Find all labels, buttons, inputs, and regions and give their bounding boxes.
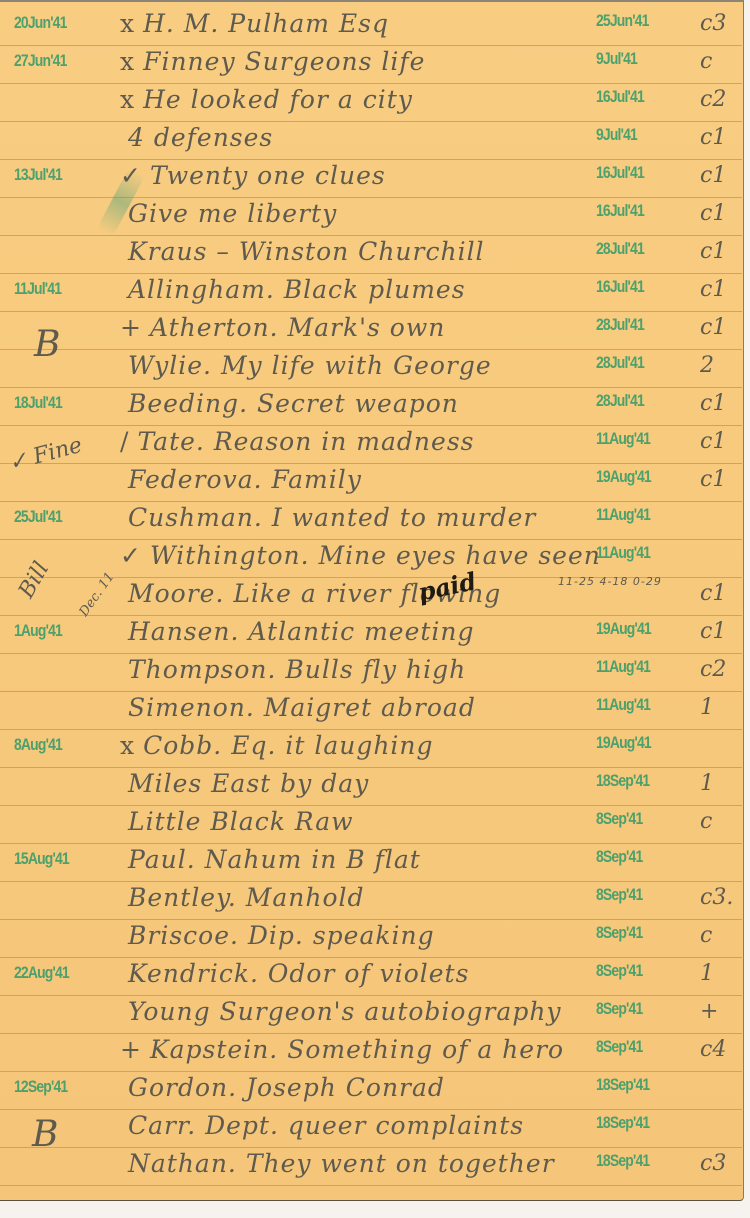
copy-code: c1	[700, 163, 726, 188]
margin-letter-b: B	[32, 1114, 58, 1155]
entry-mark: ✓	[120, 161, 142, 190]
book-entry: Federova. Family	[120, 465, 362, 494]
copy-code: c3.	[700, 885, 733, 910]
card-entry-row: Wylie. My life with George28Jul'412	[0, 349, 744, 387]
entry-mark: ✓	[120, 541, 142, 570]
card-entry-row: +Kapstein. Something of a hero8Sep'41c4	[0, 1033, 744, 1071]
copy-code: c3	[700, 11, 726, 36]
copy-code: c1	[700, 467, 726, 492]
card-entry-row: Federova. Family19Aug'41c1	[0, 463, 744, 501]
book-title: Kraus – Winston Churchill	[128, 237, 485, 266]
borrowing-card: 20Jun'41xH. M. Pulham Esq25Jun'41c327Jun…	[0, 0, 744, 1201]
entry-mark: x	[120, 85, 135, 114]
return-date-stamp: 11Aug'41	[596, 429, 650, 449]
return-date-stamp: 8Sep'41	[596, 809, 642, 829]
card-entry-row: xHe looked for a city16Jul'41c2	[0, 83, 744, 121]
return-date-stamp: 8Sep'41	[596, 961, 642, 981]
card-entry-row: 1Aug'41Hansen. Atlantic meeting19Aug'41c…	[0, 615, 744, 653]
copy-code: c1	[700, 391, 726, 416]
margin-letter-b: B	[34, 324, 60, 365]
return-date-stamp: 16Jul'41	[596, 277, 644, 297]
copy-code: +	[700, 999, 718, 1024]
small-codes: 11-25 4-18 0-29	[558, 575, 662, 588]
book-title: Hansen. Atlantic meeting	[128, 617, 475, 646]
card-entry-row: Simenon. Maigret abroad11Aug'411	[0, 691, 744, 729]
book-entry: xH. M. Pulham Esq	[120, 9, 389, 38]
book-entry: Nathan. They went on together	[120, 1149, 555, 1178]
return-date-stamp: 11Aug'41	[596, 695, 650, 715]
rule-line	[0, 1185, 742, 1186]
return-date-stamp: 28Jul'41	[596, 391, 644, 411]
issue-date-stamp: 13Jul'41	[14, 165, 62, 185]
copy-code: c1	[700, 201, 726, 226]
book-entry: Cushman. I wanted to murder	[120, 503, 536, 532]
card-entry-row: /Tate. Reason in madness11Aug'41c1	[0, 425, 744, 463]
copy-code: c2	[700, 657, 726, 682]
book-entry: Thompson. Bulls fly high	[120, 655, 466, 684]
book-title: Carr. Dept. queer complaints	[128, 1111, 524, 1140]
entry-mark: x	[120, 731, 135, 760]
return-date-stamp: 11Aug'41	[596, 543, 650, 563]
book-entry: Give me liberty	[120, 199, 337, 228]
return-date-stamp: 8Sep'41	[596, 999, 642, 1019]
return-date-stamp: 16Jul'41	[596, 201, 644, 221]
card-entry-row: 8Aug'41xCobb. Eq. it laughing19Aug'41	[0, 729, 744, 767]
book-entry: ✓Twenty one clues	[120, 161, 386, 190]
book-title: Gordon. Joseph Conrad	[128, 1073, 445, 1102]
copy-code: c1	[700, 315, 726, 340]
book-title: Federova. Family	[128, 465, 362, 494]
book-entry: Allingham. Black plumes	[120, 275, 466, 304]
issue-date-stamp: 15Aug'41	[14, 849, 69, 869]
card-entry-row: Miles East by day18Sep'411	[0, 767, 744, 805]
book-entry: Miles East by day	[120, 769, 369, 798]
book-entry: Hansen. Atlantic meeting	[120, 617, 475, 646]
return-date-stamp: 18Sep'41	[596, 771, 649, 791]
card-entry-row: Briscoe. Dip. speaking8Sep'41c	[0, 919, 744, 957]
book-entry: Gordon. Joseph Conrad	[120, 1073, 445, 1102]
book-title: Little Black Raw	[128, 807, 354, 836]
issue-date-stamp: 27Jun'41	[14, 51, 67, 71]
card-entry-row: ✓Withington. Mine eyes have seen11Aug'41	[0, 539, 744, 577]
return-date-stamp: 16Jul'41	[596, 87, 644, 107]
entry-mark: x	[120, 47, 135, 76]
copy-code: c	[700, 923, 712, 948]
book-title: Kapstein. Something of a hero	[150, 1035, 564, 1064]
copy-code: c1	[700, 581, 726, 606]
card-entry-row: Thompson. Bulls fly high11Aug'41c2	[0, 653, 744, 691]
return-date-stamp: 28Jul'41	[596, 315, 644, 335]
copy-code: c1	[700, 429, 726, 454]
card-entry-row: Bentley. Manhold8Sep'41c3.	[0, 881, 744, 919]
return-date-stamp: 18Sep'41	[596, 1113, 649, 1133]
entry-mark: +	[120, 313, 142, 342]
book-title: Twenty one clues	[150, 161, 386, 190]
copy-code: c2	[700, 87, 726, 112]
book-title: Simenon. Maigret abroad	[128, 693, 476, 722]
entry-mark: +	[120, 1035, 142, 1064]
book-entry: Carr. Dept. queer complaints	[120, 1111, 524, 1140]
return-date-stamp: 28Jul'41	[596, 353, 644, 373]
issue-date-stamp: 25Jul'41	[14, 507, 62, 527]
book-title: Beeding. Secret weapon	[128, 389, 459, 418]
book-entry: 4 defenses	[120, 123, 273, 152]
card-entry-row: 27Jun'41xFinney Surgeons life9Jul'41c	[0, 45, 744, 83]
issue-date-stamp: 8Aug'41	[14, 735, 62, 755]
return-date-stamp: 18Sep'41	[596, 1075, 649, 1095]
entry-mark: /	[120, 427, 129, 456]
copy-code: c	[700, 49, 712, 74]
return-date-stamp: 8Sep'41	[596, 1037, 642, 1057]
card-entry-row: 4 defenses9Jul'41c1	[0, 121, 744, 159]
issue-date-stamp: 18Jul'41	[14, 393, 62, 413]
book-title: Paul. Nahum in B flat	[128, 845, 421, 874]
card-entry-row: Nathan. They went on together18Sep'41c3	[0, 1147, 744, 1185]
issue-date-stamp: 12Sep'41	[14, 1077, 67, 1097]
book-entry: Young Surgeon's autobiography	[120, 997, 562, 1026]
book-entry: Bentley. Manhold	[120, 883, 365, 912]
return-date-stamp: 8Sep'41	[596, 847, 642, 867]
book-entry: ✓Withington. Mine eyes have seen	[120, 541, 601, 570]
book-entry: Wylie. My life with George	[120, 351, 492, 380]
return-date-stamp: 19Aug'41	[596, 733, 651, 753]
copy-code: 1	[700, 695, 714, 720]
book-entry: xFinney Surgeons life	[120, 47, 425, 76]
book-entry: xHe looked for a city	[120, 85, 413, 114]
book-entry: +Kapstein. Something of a hero	[120, 1035, 564, 1064]
card-entry-row: 22Aug'41Kendrick. Odor of violets8Sep'41…	[0, 957, 744, 995]
book-entry: Simenon. Maigret abroad	[120, 693, 476, 722]
copy-code: c4	[700, 1037, 726, 1062]
book-title: 4 defenses	[128, 123, 273, 152]
card-entry-row: 18Jul'41Beeding. Secret weapon28Jul'41c1	[0, 387, 744, 425]
book-title: Give me liberty	[128, 199, 337, 228]
return-date-stamp: 25Jun'41	[596, 11, 649, 31]
book-title: Cushman. I wanted to murder	[128, 503, 536, 532]
return-date-stamp: 19Aug'41	[596, 467, 651, 487]
book-title: Young Surgeon's autobiography	[128, 997, 562, 1026]
card-entry-row: Young Surgeon's autobiography8Sep'41+	[0, 995, 744, 1033]
issue-date-stamp: 1Aug'41	[14, 621, 62, 641]
card-entry-row: 12Sep'41Gordon. Joseph Conrad18Sep'41	[0, 1071, 744, 1109]
book-title: Wylie. My life with George	[128, 351, 492, 380]
copy-code: c1	[700, 125, 726, 150]
issue-date-stamp: 11Jul'41	[14, 279, 61, 299]
book-title: Cobb. Eq. it laughing	[143, 731, 433, 760]
copy-code: c1	[700, 277, 726, 302]
book-entry: Kendrick. Odor of violets	[120, 959, 469, 988]
card-entry-row: Carr. Dept. queer complaints18Sep'41	[0, 1109, 744, 1147]
book-entry: Beeding. Secret weapon	[120, 389, 459, 418]
issue-date-stamp: 20Jun'41	[14, 13, 67, 33]
card-entry-row: 11Jul'41Allingham. Black plumes16Jul'41c…	[0, 273, 744, 311]
return-date-stamp: 28Jul'41	[596, 239, 644, 259]
book-title: Nathan. They went on together	[128, 1149, 555, 1178]
book-title: Kendrick. Odor of violets	[128, 959, 469, 988]
book-title: H. M. Pulham Esq	[143, 9, 389, 38]
book-entry: Briscoe. Dip. speaking	[120, 921, 435, 950]
book-title: Allingham. Black plumes	[128, 275, 466, 304]
book-entry: +Atherton. Mark's own	[120, 313, 445, 342]
book-title: Miles East by day	[128, 769, 369, 798]
copy-code: 1	[700, 961, 714, 986]
book-entry: Kraus – Winston Churchill	[120, 237, 485, 266]
return-date-stamp: 9Jul'41	[596, 49, 637, 69]
card-entry-row: 13Jul'41✓Twenty one clues16Jul'41c1	[0, 159, 744, 197]
book-title: Bentley. Manhold	[128, 883, 365, 912]
book-title: Finney Surgeons life	[143, 47, 425, 76]
book-title: Briscoe. Dip. speaking	[128, 921, 435, 950]
book-entry: Little Black Raw	[120, 807, 354, 836]
return-date-stamp: 11Aug'41	[596, 657, 650, 677]
issue-date-stamp: 22Aug'41	[14, 963, 69, 983]
book-entry: xCobb. Eq. it laughing	[120, 731, 434, 760]
entry-mark: x	[120, 9, 135, 38]
card-entry-row: +Atherton. Mark's own28Jul'41c1	[0, 311, 744, 349]
book-entry: /Tate. Reason in madness	[120, 427, 474, 456]
book-entry: Paul. Nahum in B flat	[120, 845, 421, 874]
card-entry-row: 15Aug'41Paul. Nahum in B flat8Sep'41	[0, 843, 744, 881]
card-entry-row: Give me liberty16Jul'41c1	[0, 197, 744, 235]
copy-code: c1	[700, 619, 726, 644]
return-date-stamp: 18Sep'41	[596, 1151, 649, 1171]
copy-code: 2	[700, 353, 714, 378]
copy-code: c3	[700, 1151, 726, 1176]
book-title: He looked for a city	[143, 85, 413, 114]
return-date-stamp: 16Jul'41	[596, 163, 644, 183]
return-date-stamp: 9Jul'41	[596, 125, 637, 145]
copy-code: c1	[700, 239, 726, 264]
card-entry-row: Kraus – Winston Churchill28Jul'41c1	[0, 235, 744, 273]
card-entry-row: 25Jul'41Cushman. I wanted to murder11Aug…	[0, 501, 744, 539]
return-date-stamp: 19Aug'41	[596, 619, 651, 639]
return-date-stamp: 8Sep'41	[596, 923, 642, 943]
return-date-stamp: 8Sep'41	[596, 885, 642, 905]
book-title: Atherton. Mark's own	[150, 313, 445, 342]
return-date-stamp: 11Aug'41	[596, 505, 650, 525]
card-entry-row: Little Black Raw8Sep'41c	[0, 805, 744, 843]
card-entry-row: 20Jun'41xH. M. Pulham Esq25Jun'41c3	[0, 7, 744, 45]
book-title: Tate. Reason in madness	[137, 427, 474, 456]
book-title: Withington. Mine eyes have seen	[150, 541, 601, 570]
copy-code: 1	[700, 771, 714, 796]
copy-code: c	[700, 809, 712, 834]
book-title: Thompson. Bulls fly high	[128, 655, 466, 684]
